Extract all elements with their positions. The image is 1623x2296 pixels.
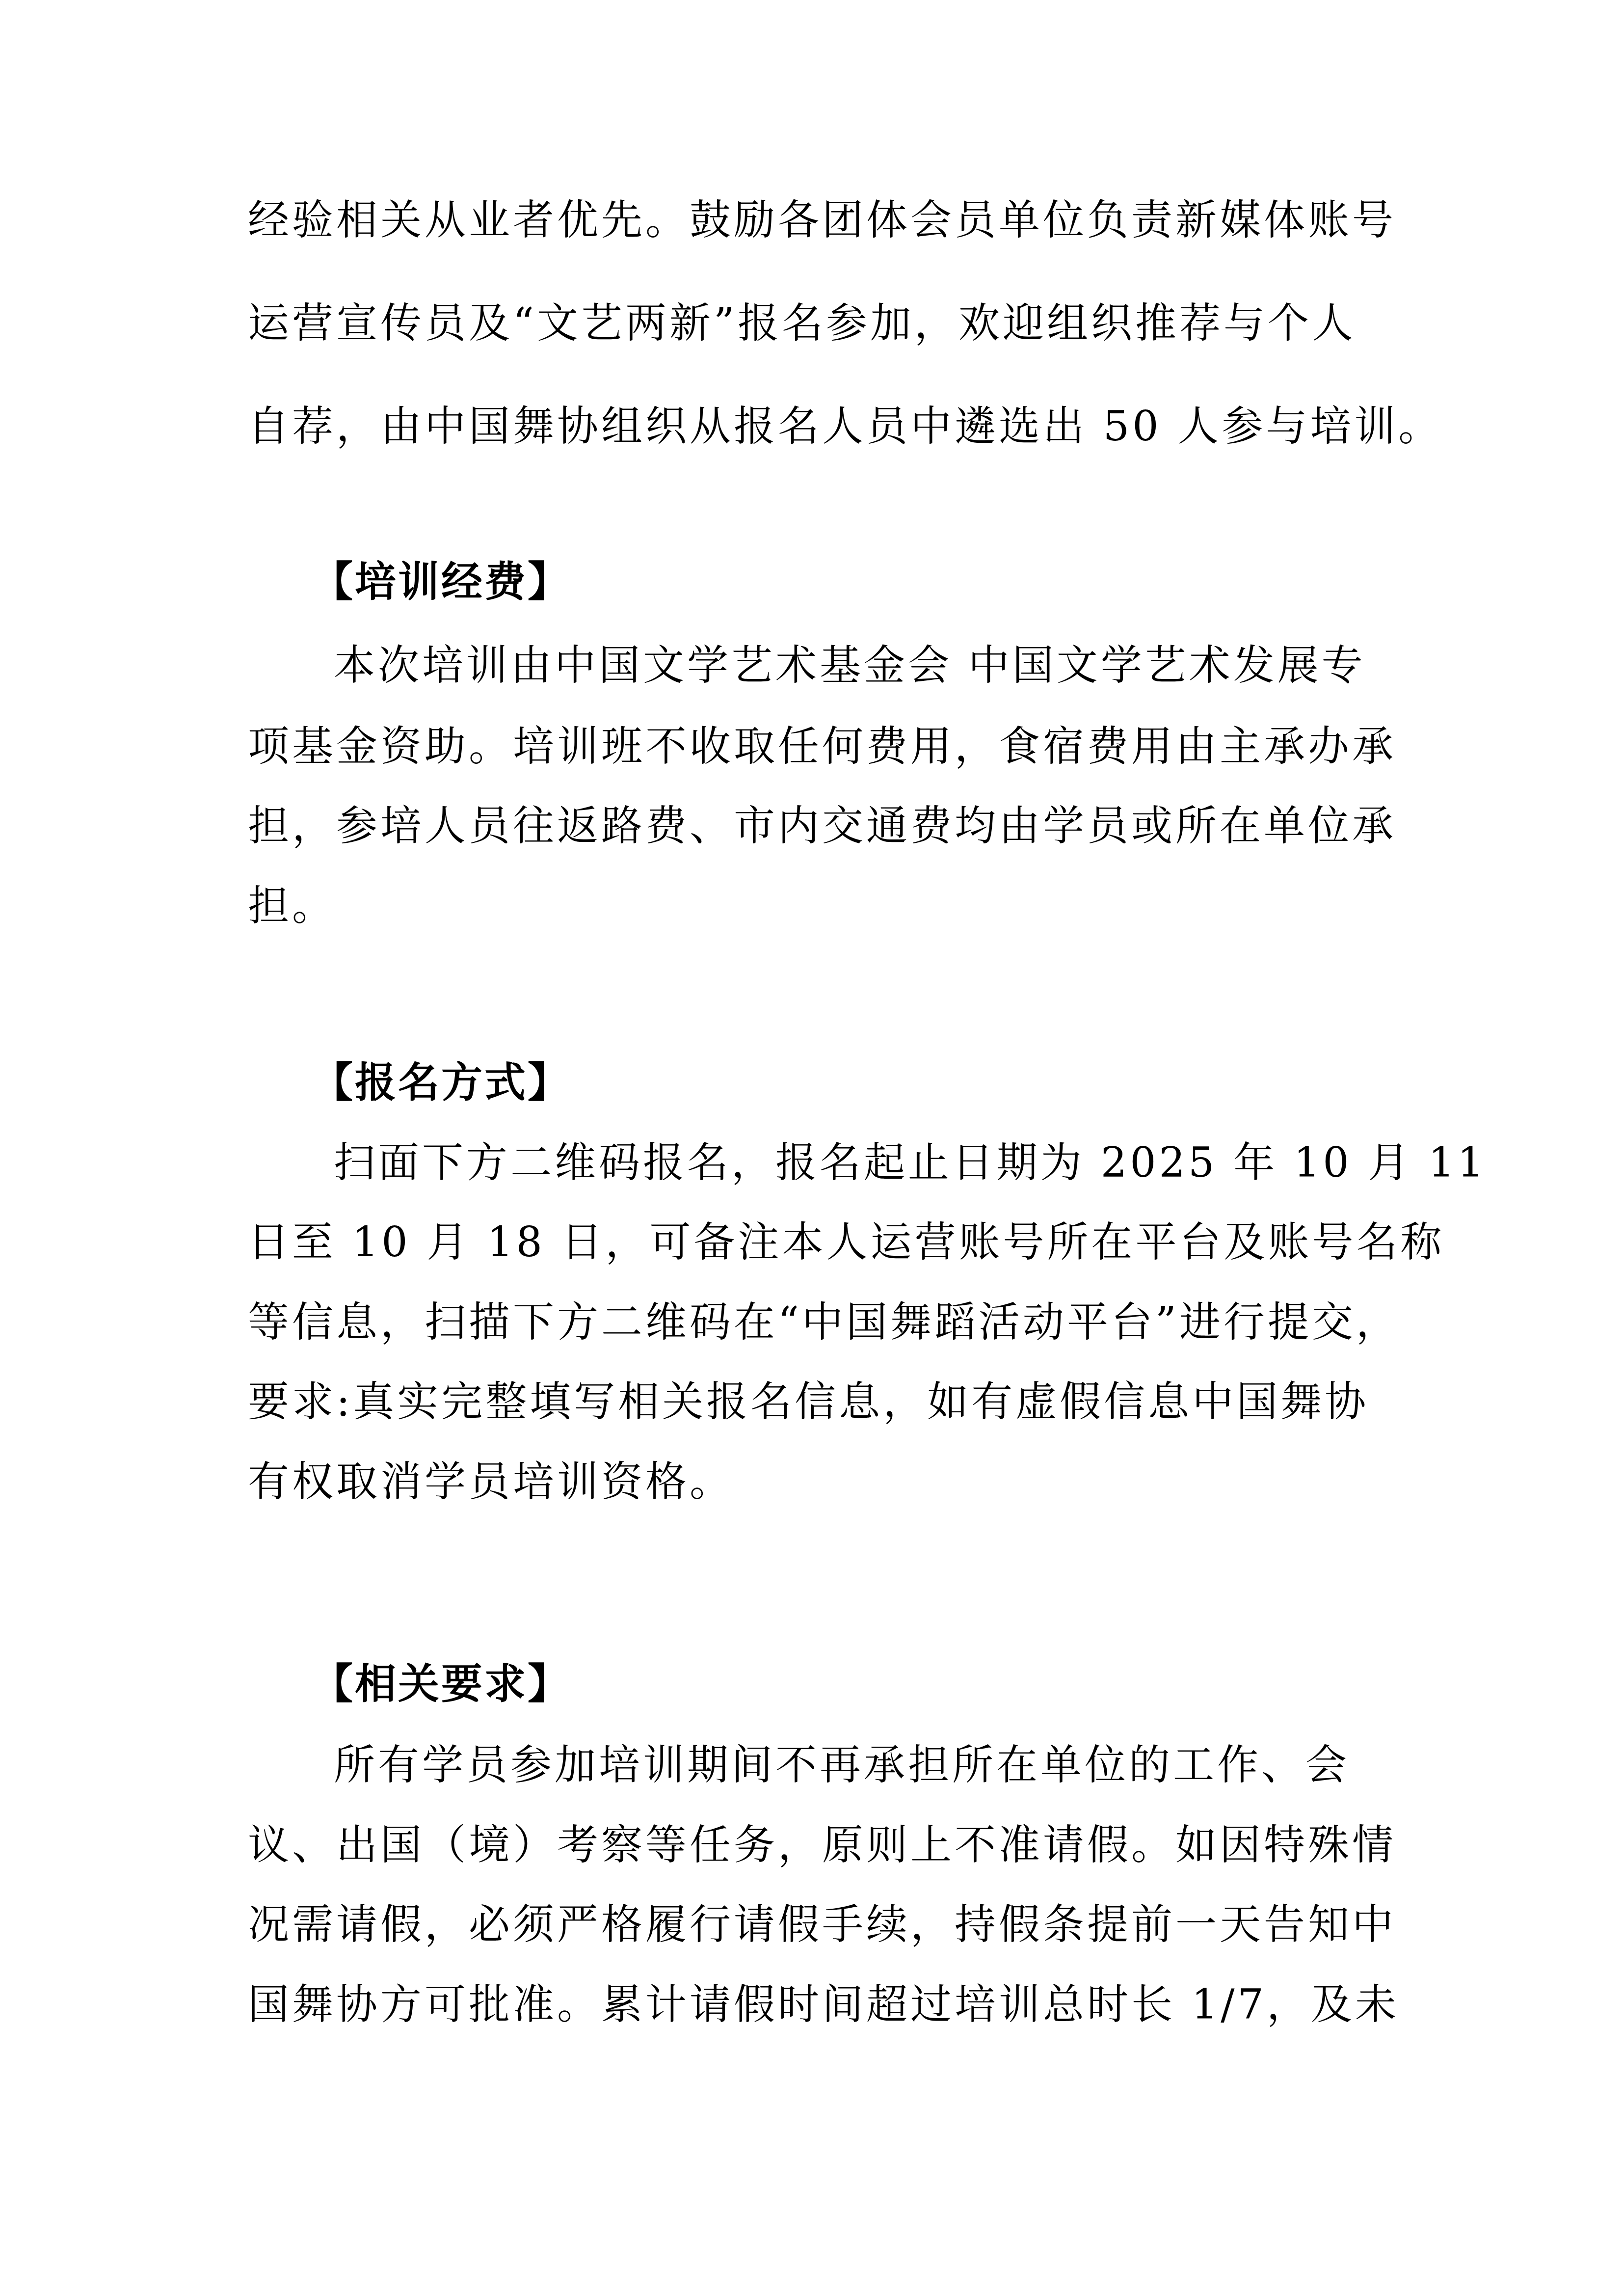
document-page: 经验相关从业者优先。鼓励各团体会员单位负责新媒体账号 运营宣传员及“文艺两新”报… xyxy=(0,0,1623,2296)
section-heading-requirements: 【相关要求】 xyxy=(312,1659,571,1708)
intro-line-3: 自荐，由中国舞协组织从报名人员中遴选出 50 人参与培训。 xyxy=(248,402,1386,451)
registration-line-5: 有权取消学员培训资格。 xyxy=(248,1457,1386,1506)
fees-line-4: 担。 xyxy=(248,881,1386,930)
requirements-line-4: 国舞协方可批准。累计请假时间超过培训总时长 1/7，及未 xyxy=(248,1980,1386,2029)
intro-line-2: 运营宣传员及“文艺两新”报名参加，欢迎组织推荐与个人 xyxy=(248,298,1386,348)
registration-line-4: 要求:真实完整填写相关报名信息，如有虚假信息中国舞协 xyxy=(248,1377,1386,1426)
fees-line-2: 项基金资助。培训班不收取任何费用，食宿费用由主承办承 xyxy=(248,722,1386,771)
requirements-line-3: 况需请假，必须严格履行请假手续，持假条提前一天告知中 xyxy=(248,1900,1386,1949)
registration-line-1: 扫面下方二维码报名，报名起止日期为 2025 年 10 月 11 xyxy=(334,1138,1386,1187)
section-heading-registration-method: 【报名方式】 xyxy=(312,1058,571,1107)
intro-line-1: 经验相关从业者优先。鼓励各团体会员单位负责新媒体账号 xyxy=(248,195,1386,244)
requirements-line-1: 所有学员参加培训期间不再承担所在单位的工作、会 xyxy=(334,1740,1386,1789)
fees-line-1: 本次培训由中国文学艺术基金会 中国文学艺术发展专 xyxy=(334,641,1386,690)
registration-line-2: 日至 10 月 18 日，可备注本人运营账号所在平台及账号名称 xyxy=(248,1217,1386,1267)
fees-line-3: 担，参培人员往返路费、市内交通费均由学员或所在单位承 xyxy=(248,801,1386,850)
registration-line-3: 等信息，扫描下方二维码在“中国舞蹈活动平台”进行提交， xyxy=(248,1297,1386,1347)
requirements-line-2: 议、出国（境）考察等任务，原则上不准请假。如因特殊情 xyxy=(248,1820,1386,1869)
section-heading-training-fees: 【培训经费】 xyxy=(312,557,571,606)
